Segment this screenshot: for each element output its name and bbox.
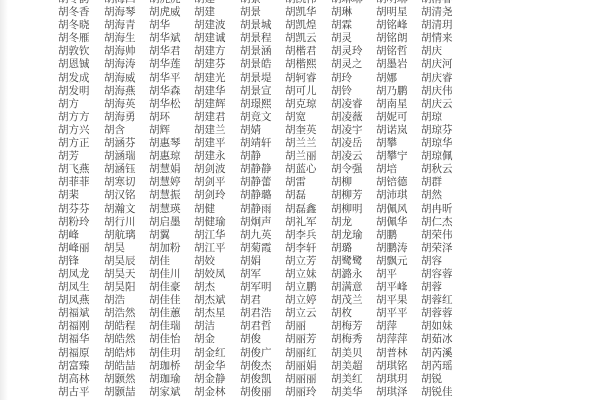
name-cell: 胡静蕾: [240, 176, 285, 189]
name-cell: 胡峰: [58, 229, 104, 242]
name-cell: 胡航璃: [104, 229, 149, 242]
name-cell: 胡芮溪: [421, 347, 469, 360]
name-cell: 胡攀: [376, 137, 421, 150]
name-cell: 胡美超: [331, 360, 376, 373]
name-cell: 胡华莲: [149, 58, 194, 71]
name-cell: 胡铭朗: [376, 32, 421, 45]
table-row: 胡发成胡海威胡华平胡建光胡景堤胡轲睿胡玲胡娜胡庆睿: [58, 72, 469, 85]
name-cell: 胡李兵: [285, 229, 331, 242]
name-cell: 胡鹏涛: [376, 242, 421, 255]
name-cell: 胡汉铭: [104, 189, 149, 202]
name-cell: 胡飞燕: [58, 163, 104, 176]
name-cell: 胡景: [240, 6, 285, 19]
name-cell: 胡灵之: [331, 58, 376, 71]
table-row: 胡凤龙胡昊天胡佳川胡姣凤胡军胡立妹胡潞永胡平胡容蓉: [58, 268, 469, 281]
name-cell: 胡景涵: [240, 45, 285, 58]
table-row: 胡芬芬胡瀚文胡慧瑛胡健胡静雨胡磊鑫胡柳明胡佩风胡冉昕: [58, 203, 469, 216]
name-cell: 胡佳瑞: [149, 320, 194, 333]
name-cell: 胡满意: [331, 281, 376, 294]
name-cell: 胡鹭鹭: [331, 255, 376, 268]
name-cell: 胡景程: [240, 32, 285, 45]
name-cell: 胡慧振: [149, 189, 194, 202]
name-cell: 胡景堤: [240, 72, 285, 85]
name-cell: 胡秋云: [421, 163, 469, 176]
name-cell: 胡佳豪: [149, 281, 194, 294]
name-cell: 胡福刚: [58, 320, 104, 333]
name-cell: 胡清玥: [421, 19, 469, 32]
name-cell: 胡凌薇: [331, 111, 376, 124]
name-cell: 胡琼: [421, 111, 469, 124]
name-cell: 胡昊辰: [104, 255, 149, 268]
name-cell: 胡行川: [104, 216, 149, 229]
name-cell: 胡俊广: [240, 347, 285, 360]
name-cell: 胡令强: [331, 163, 376, 176]
table-row: 胡福华胡皓然胡佳怡胡金胡俊胡丽芳胡梅秀胡萍萍胡茹冰: [58, 333, 469, 346]
name-cell: 胡棐: [58, 189, 104, 202]
name-cell: 胡环: [149, 111, 194, 124]
name-cell: 胡柳: [331, 176, 376, 189]
name-cell: 胡九英: [240, 229, 285, 242]
name-cell: 胡清尧: [421, 6, 469, 19]
name-cell: 胡建: [194, 6, 240, 19]
name-cell: 胡平峰: [376, 281, 421, 294]
name-cell: 胡颢然: [104, 373, 149, 386]
name-cell: 胡翼: [149, 229, 194, 242]
name-cell: 胡剑波: [194, 163, 240, 176]
table-row: 胡峰胡航璃胡翼胡江华胡九英胡李兵胡龙瑜胡鹏胡荣伟: [58, 229, 469, 242]
name-cell: 胡琼华: [421, 137, 469, 150]
name-cell: 胡凌岳: [331, 137, 376, 150]
name-cell: 胡庆伟: [421, 85, 469, 98]
name-cell: 胡建兰: [194, 124, 240, 137]
name-cell: 胡铭哲: [376, 45, 421, 58]
name-cell: 胡皓然: [104, 333, 149, 346]
name-cell: 胡建波: [194, 19, 240, 32]
name-cell: 胡福斌: [58, 307, 104, 320]
name-cell: 胡皓喆: [104, 360, 149, 373]
name-cell: 胡璐: [331, 242, 376, 255]
name-cell: 胡杰星: [194, 307, 240, 320]
name-cell: 胡然: [421, 189, 469, 202]
name-cell: 胡珈桥: [149, 360, 194, 373]
name-cell: 胡磊: [285, 189, 331, 202]
name-cell: 胡景宣: [240, 85, 285, 98]
name-cell: 胡美贝: [331, 347, 376, 360]
name-cell: 胡佳怡: [149, 333, 194, 346]
name-cell: 胡君: [240, 294, 285, 307]
name-cell: 胡方方: [58, 111, 104, 124]
table-row: 胡粉玲胡行川胡启墨胡健瑜胡炯声胡礼军胡龙胡佩华胡仁杰: [58, 216, 469, 229]
page-left-margin: [0, 0, 8, 400]
name-cell: 胡佳玥: [149, 347, 194, 360]
name-cell: 胡龙瑜: [331, 229, 376, 242]
name-cell: 胡诺岚: [376, 124, 421, 137]
name-cell: 胡瀚文: [104, 203, 149, 216]
name-cell: 胡佳川: [149, 268, 194, 281]
table-row: 胡恩铖胡海涛胡华莲胡建芬胡景皓胡楷熙胡灵之胡墨岩胡庆河: [58, 58, 469, 71]
table-row: 胡方兴胡含胡辉胡建兰胡婧胡奎英胡凌宇胡诺岚胡琼芬: [58, 124, 469, 137]
name-table-body: 胡冬韵胡海四胡虎虎胡建胡景胡凯伟胡琳琳胡明琳胡清睿胡冬香胡海琴胡虎威胡建胡景胡凯…: [58, 0, 469, 399]
name-cell: 胡金华: [194, 360, 240, 373]
name-cell: 胡敦钦: [58, 45, 104, 58]
name-cell: 胡李轩: [285, 242, 331, 255]
name-cell: 胡潞永: [331, 268, 376, 281]
name-cell: 胡慧瑛: [149, 203, 194, 216]
name-cell: 胡杰: [194, 281, 240, 294]
name-cell: 胡芮瑶: [421, 360, 469, 373]
name-cell: 胡皓程: [104, 320, 149, 333]
name-cell: 胡丽娟: [285, 360, 331, 373]
name-cell: 胡乃鹏: [376, 85, 421, 98]
name-cell: 胡蓝心: [285, 163, 331, 176]
name-table: 胡冬韵胡海四胡虎虎胡建胡景胡凯伟胡琳琳胡明琳胡清睿胡冬香胡海琴胡虎威胡建胡景胡凯…: [58, 0, 469, 399]
name-cell: 胡娟: [240, 255, 285, 268]
name-cell: 胡含: [104, 124, 149, 137]
name-cell: 胡鹏: [376, 229, 421, 242]
name-cell: 胡芬芬: [58, 203, 104, 216]
name-cell: 胡丽芳: [285, 333, 331, 346]
name-cell: 胡健瑜: [194, 216, 240, 229]
table-row: 胡芳胡涵瑞胡惠琼胡建永胡静胡兰丽胡凌云胡攀宁胡琼佩: [58, 150, 469, 163]
name-cell: 胡颢喆: [104, 386, 149, 399]
name-cell: 胡涵芬: [104, 137, 149, 150]
name-cell: 胡俊凯: [240, 373, 285, 386]
name-cell: 胡立婷: [285, 294, 331, 307]
name-cell: 胡立鹏: [285, 281, 331, 294]
name-cell: 胡培: [376, 163, 421, 176]
name-cell: 胡建永: [194, 150, 240, 163]
table-row: 胡敦钦胡海帅胡华君胡建方胡景涵胡楷君胡灵玲胡铭哲胡庆: [58, 45, 469, 58]
name-cell: 胡琪铭: [376, 360, 421, 373]
name-cell: 胡丽: [285, 320, 331, 333]
name-cell: 胡群: [421, 176, 469, 189]
name-cell: 胡琳: [331, 6, 376, 19]
name-cell: 胡佳: [149, 255, 194, 268]
name-cell: 胡冉昕: [421, 203, 469, 216]
name-cell: 胡福原: [58, 347, 104, 360]
name-cell: 胡金林: [194, 386, 240, 399]
name-cell: 胡军: [240, 268, 285, 281]
name-cell: 胡靖轩: [240, 137, 285, 150]
name-cell: 胡粉玲: [58, 216, 104, 229]
table-row: 胡峰丽胡昊胡加粉胡江平胡菊霞胡李轩胡璐胡鹏涛胡荣泽: [58, 242, 469, 255]
name-cell: 胡古平: [58, 386, 104, 399]
name-cell: 胡虎威: [149, 6, 194, 19]
name-cell: 胡庆云: [421, 98, 469, 111]
name-cell: 胡华: [149, 19, 194, 32]
name-cell: 胡发明: [58, 85, 104, 98]
name-cell: 胡杰斌: [194, 294, 240, 307]
table-row: 胡高林胡颢然胡珈瑜胡金静胡俊凯胡丽丽胡美红胡琪玥胡锐: [58, 373, 469, 386]
name-cell: 胡立云: [285, 307, 331, 320]
name-cell: 胡静雨: [240, 203, 285, 216]
name-cell: 胡富臻: [58, 360, 104, 373]
name-cell: 胡攀宁: [376, 150, 421, 163]
name-cell: 胡建平: [194, 137, 240, 150]
name-cell: 胡寒切: [104, 176, 149, 189]
name-cell: 胡金红: [194, 347, 240, 360]
name-cell: 胡锐: [421, 373, 469, 386]
name-cell: 胡荣伟: [421, 229, 469, 242]
name-cell: 胡茹冰: [421, 333, 469, 346]
name-cell: 胡峰丽: [58, 242, 104, 255]
name-cell: 胡玲: [331, 72, 376, 85]
name-cell: 胡奎英: [285, 124, 331, 137]
name-cell: 胡锫德: [376, 176, 421, 189]
name-cell: 胡建辉: [194, 98, 240, 111]
name-cell: 胡海燕: [104, 85, 149, 98]
name-cell: 胡涵瑞: [104, 150, 149, 163]
name-cell: 胡柳明: [331, 203, 376, 216]
name-cell: 胡平果: [376, 294, 421, 307]
name-cell: 胡方: [58, 98, 104, 111]
name-cell: 胡丽红: [285, 347, 331, 360]
name-cell: 胡平: [376, 268, 421, 281]
name-cell: 胡蓉: [421, 281, 469, 294]
name-cell: 胡璟熙: [240, 98, 285, 111]
name-cell: 胡发成: [58, 72, 104, 85]
name-cell: 胡海琴: [104, 6, 149, 19]
name-cell: 胡枚: [331, 307, 376, 320]
name-cell: 胡萍萍: [376, 333, 421, 346]
name-cell: 胡雷: [285, 176, 331, 189]
name-cell: 胡容蓉: [421, 268, 469, 281]
name-cell: 胡龙: [331, 216, 376, 229]
name-cell: 胡海涛: [104, 58, 149, 71]
name-cell: 胡萍: [376, 320, 421, 333]
name-cell: 胡婧: [240, 124, 285, 137]
name-cell: 胡凯华: [285, 6, 331, 19]
table-row: 胡方胡海英胡华松胡建辉胡璟熙胡克琼胡凌睿胡南星胡庆云: [58, 98, 469, 111]
name-cell: 胡仁杰: [421, 216, 469, 229]
name-cell: 胡剑玲: [194, 189, 240, 202]
name-cell: 胡平平: [376, 307, 421, 320]
name-cell: 胡静: [240, 150, 285, 163]
name-cell: 胡俊杰: [240, 360, 285, 373]
name-cell: 胡景皓: [240, 58, 285, 71]
name-cell: 胡海帅: [104, 45, 149, 58]
name-cell: 胡洁: [194, 320, 240, 333]
name-cell: 胡立妹: [285, 268, 331, 281]
table-row: 胡冬雁胡海生胡华斌胡建诚胡景程胡凯云胡灵胡铭朗胡情来: [58, 32, 469, 45]
table-row: 胡福原胡皓炜胡佳玥胡金红胡俊广胡丽红胡美贝胡普林胡芮溪: [58, 347, 469, 360]
name-cell: 胡涵钰: [104, 163, 149, 176]
name-cell: 胡君哲: [240, 320, 285, 333]
name-cell: 胡容: [421, 255, 469, 268]
name-cell: 胡华君: [149, 45, 194, 58]
name-cell: 胡凌云: [331, 150, 376, 163]
name-cell: 胡锋: [58, 255, 104, 268]
table-row: 胡飞燕胡涵钰胡慧娟胡剑波胡静静胡蓝心胡令强胡培胡秋云: [58, 163, 469, 176]
name-cell: 胡海威: [104, 72, 149, 85]
name-cell: 胡华平: [149, 72, 194, 85]
name-cell: 胡凯煌: [285, 19, 331, 32]
name-cell: 胡建华: [194, 85, 240, 98]
table-row: 胡冬晓胡海青胡华胡建波胡景城胡凯煌胡霖胡铭峰胡清玥: [58, 19, 469, 32]
name-cell: 胡慧娟: [149, 163, 194, 176]
name-cell: 胡方正: [58, 137, 104, 150]
name-cell: 胡凌睿: [331, 98, 376, 111]
name-cell: 胡健: [194, 203, 240, 216]
name-cell: 胡丽丽: [285, 373, 331, 386]
name-cell: 胡梅芳: [331, 320, 376, 333]
name-cell: 胡磊鑫: [285, 203, 331, 216]
name-cell: 胡柳芳: [331, 189, 376, 202]
table-row: 胡福刚胡皓程胡佳瑞胡洁胡君哲胡丽胡梅芳胡萍胡如妹: [58, 320, 469, 333]
name-cell: 胡建光: [194, 72, 240, 85]
name-cell: 胡宽: [285, 111, 331, 124]
name-cell: 胡美红: [331, 373, 376, 386]
name-cell: 胡普林: [376, 347, 421, 360]
name-cell: 胡灵玲: [331, 45, 376, 58]
name-cell: 胡菊霞: [240, 242, 285, 255]
name-cell: 胡姣: [194, 255, 240, 268]
name-cell: 胡华松: [149, 98, 194, 111]
name-cell: 胡海生: [104, 32, 149, 45]
table-row: 胡福斌胡浩然胡佳蕙胡杰星胡君浩胡立云胡枚胡平平胡蓉蓉: [58, 307, 469, 320]
name-cell: 胡凯云: [285, 32, 331, 45]
name-cell: 胡可儿: [285, 85, 331, 98]
name-cell: 胡皓炜: [104, 347, 149, 360]
table-row: 胡凤生胡昊阳胡佳豪胡杰胡军明胡立鹏胡满意胡平峰胡蓉: [58, 281, 469, 294]
name-cell: 胡蓉蓉: [421, 307, 469, 320]
name-cell: 胡兰兰: [285, 137, 331, 150]
table-row: 胡凤燕胡浩胡佳佳胡杰斌胡君胡立婷胡茂兰胡平果胡蓉红: [58, 294, 469, 307]
name-cell: 胡琪泽: [376, 386, 421, 399]
name-cell: 胡琼芬: [421, 124, 469, 137]
name-cell: 胡兰丽: [285, 150, 331, 163]
name-cell: 胡辉: [149, 124, 194, 137]
name-cell: 胡建芬: [194, 58, 240, 71]
name-cell: 胡立芳: [285, 255, 331, 268]
name-cell: 胡丽玲: [285, 386, 331, 399]
name-cell: 胡飘元: [376, 255, 421, 268]
name-cell: 胡芳: [58, 150, 104, 163]
name-cell: 胡恩铖: [58, 58, 104, 71]
name-cell: 胡华森: [149, 85, 194, 98]
name-cell: 胡海勇: [104, 111, 149, 124]
name-cell: 胡金静: [194, 373, 240, 386]
name-cell: 胡佳佳: [149, 294, 194, 307]
name-cell: 胡凤燕: [58, 294, 104, 307]
name-cell: 胡炯声: [240, 216, 285, 229]
name-cell: 胡剑平: [194, 176, 240, 189]
name-cell: 胡建君: [194, 111, 240, 124]
name-cell: 胡加粉: [149, 242, 194, 255]
name-cell: 胡轲睿: [285, 72, 331, 85]
name-cell: 胡俊丽: [240, 386, 285, 399]
name-cell: 胡娜: [376, 72, 421, 85]
table-row: 胡发明胡海燕胡华森胡建华胡景宣胡可儿胡铃胡乃鹏胡庆伟: [58, 85, 469, 98]
name-cell: 胡梅秀: [331, 333, 376, 346]
name-cell: 胡铭峰: [376, 19, 421, 32]
name-cell: 胡铃: [331, 85, 376, 98]
table-row: 胡菲菲胡寒切胡慧婷胡剑平胡静蕾胡雷胡柳胡锫德胡群: [58, 176, 469, 189]
name-cell: 胡昊阳: [104, 281, 149, 294]
name-cell: 胡楷君: [285, 45, 331, 58]
name-cell: 胡凤生: [58, 281, 104, 294]
name-cell: 胡海英: [104, 98, 149, 111]
name-cell: 胡静璐: [240, 189, 285, 202]
name-cell: 胡妮可: [376, 111, 421, 124]
name-cell: 胡琪玥: [376, 373, 421, 386]
table-row: 胡富臻胡皓喆胡珈桥胡金华胡俊杰胡丽娟胡美超胡琪铭胡芮瑶: [58, 360, 469, 373]
name-cell: 胡慧婷: [149, 176, 194, 189]
name-cell: 胡明星: [376, 6, 421, 19]
name-cell: 胡佩华: [376, 216, 421, 229]
name-cell: 胡方兴: [58, 124, 104, 137]
name-cell: 胡家斌: [149, 386, 194, 399]
name-cell: 胡军明: [240, 281, 285, 294]
name-cell: 胡浩然: [104, 307, 149, 320]
name-cell: 胡景城: [240, 19, 285, 32]
name-cell: 胡冬晓: [58, 19, 104, 32]
name-cell: 胡昊: [104, 242, 149, 255]
name-cell: 胡楷熙: [285, 58, 331, 71]
name-cell: 胡墨岩: [376, 58, 421, 71]
name-cell: 胡凤龙: [58, 268, 104, 281]
name-cell: 胡江平: [194, 242, 240, 255]
name-cell: 胡佩风: [376, 203, 421, 216]
name-cell: 胡浩: [104, 294, 149, 307]
name-cell: 胡冬雁: [58, 32, 104, 45]
name-cell: 胡静静: [240, 163, 285, 176]
table-row: 胡锋胡昊辰胡佳胡姣胡娟胡立芳胡鹭鹭胡飘元胡容: [58, 255, 469, 268]
name-cell: 胡启墨: [149, 216, 194, 229]
name-cell: 胡庆: [421, 45, 469, 58]
name-cell: 胡高林: [58, 373, 104, 386]
name-cell: 胡惠琴: [149, 137, 194, 150]
table-row: 胡方正胡涵芬胡惠琴胡建平胡靖轩胡兰兰胡凌岳胡攀胡琼华: [58, 137, 469, 150]
name-cell: 胡克琼: [285, 98, 331, 111]
table-row: 胡方方胡海勇胡环胡建君胡竟文胡宽胡凌薇胡妮可胡琼: [58, 111, 469, 124]
name-cell: 胡惠琼: [149, 150, 194, 163]
table-row: 胡古平胡颢喆胡家斌胡金林胡俊丽胡丽玲胡美华胡琪泽胡锐佳: [58, 386, 469, 399]
name-cell: 胡锐佳: [421, 386, 469, 399]
name-cell: 胡灵: [331, 32, 376, 45]
name-cell: 胡菲菲: [58, 176, 104, 189]
name-cell: 胡福华: [58, 333, 104, 346]
name-cell: 胡金: [194, 333, 240, 346]
name-cell: 胡美华: [331, 386, 376, 399]
name-cell: 胡霖: [331, 19, 376, 32]
name-cell: 胡琼佩: [421, 150, 469, 163]
name-cell: 胡建方: [194, 45, 240, 58]
name-cell: 胡情来: [421, 32, 469, 45]
name-cell: 胡佳蕙: [149, 307, 194, 320]
name-cell: 胡姣凤: [194, 268, 240, 281]
name-cell: 胡荣泽: [421, 242, 469, 255]
name-cell: 胡俊: [240, 333, 285, 346]
table-row: 胡冬香胡海琴胡虎威胡建胡景胡凯华胡琳胡明星胡清尧: [58, 6, 469, 19]
name-cell: 胡凌宇: [331, 124, 376, 137]
name-cell: 胡如妹: [421, 320, 469, 333]
name-cell: 胡沛琪: [376, 189, 421, 202]
name-cell: 胡海青: [104, 19, 149, 32]
name-cell: 胡珈瑜: [149, 373, 194, 386]
name-cell: 胡竟文: [240, 111, 285, 124]
name-cell: 胡君浩: [240, 307, 285, 320]
name-cell: 胡礼军: [285, 216, 331, 229]
name-cell: 胡庆睿: [421, 72, 469, 85]
name-cell: 胡江华: [194, 229, 240, 242]
name-cell: 胡茂兰: [331, 294, 376, 307]
name-cell: 胡庆河: [421, 58, 469, 71]
name-cell: 胡蓉红: [421, 294, 469, 307]
name-cell: 胡冬香: [58, 6, 104, 19]
name-cell: 胡昊天: [104, 268, 149, 281]
name-cell: 胡华斌: [149, 32, 194, 45]
